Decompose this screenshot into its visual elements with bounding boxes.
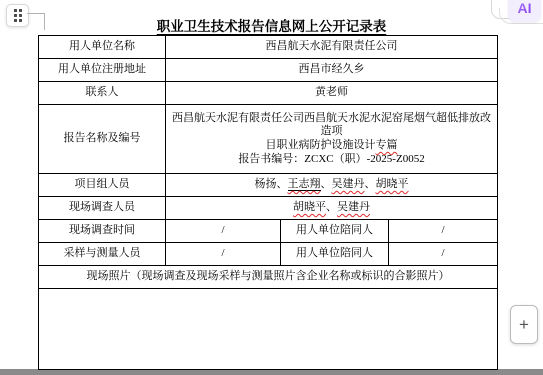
text-segment: 、 xyxy=(321,178,332,190)
table-row: 现场照片（现场调查及现场采样与测量照片含企业名称或标识的合影照片） xyxy=(39,266,498,289)
field-value-employer-name[interactable]: 西昌航天水泥有限责任公司 xyxy=(166,36,498,59)
field-value-registered-address[interactable]: 西昌市经久乡 xyxy=(166,59,498,82)
text-segment: 胡晓平 xyxy=(376,178,409,190)
table-row: 采样与测量人员 / 用人单位陪同人 / xyxy=(39,243,498,266)
site-photos-empty-cell[interactable] xyxy=(39,289,498,370)
ai-button-label: AI xyxy=(518,0,532,16)
table-row: 现场调查人员 胡晓平、吴建丹 xyxy=(39,197,498,220)
field-label-site-survey-staff[interactable]: 现场调查人员 xyxy=(39,197,166,220)
text-segment: 吴建丹 xyxy=(337,201,370,213)
field-value-survey-time[interactable]: / xyxy=(166,220,281,243)
field-value-sampling-staff[interactable]: / xyxy=(166,243,281,266)
field-value-accompanying-person-2[interactable]: / xyxy=(389,243,498,266)
text-segment: 目职业病防护设施设计 xyxy=(266,139,376,151)
table-row: 联系人 黄老师 xyxy=(39,82,498,105)
field-value-accompanying-person-1[interactable]: / xyxy=(389,220,498,243)
table-row: 报告名称及编号 西昌航天水泥有限责任公司西昌航天水泥水泥窑尾烟气超低排放改造项 … xyxy=(39,105,498,174)
text-segment: 王志翔 xyxy=(288,178,321,191)
field-label-registered-address[interactable]: 用人单位注册地址 xyxy=(39,59,166,82)
table-row: 现场调查时间 / 用人单位陪同人 / xyxy=(39,220,498,243)
table-row: 用人单位注册地址 西昌市经久乡 xyxy=(39,59,498,82)
document-title[interactable]: 职业卫生技术报告信息网上公开记录表 xyxy=(0,15,543,35)
field-label-accompanying-person-2[interactable]: 用人单位陪同人 xyxy=(281,243,389,266)
field-label-survey-time[interactable]: 现场调查时间 xyxy=(39,220,166,243)
text-segment: 吴建丹 xyxy=(332,178,365,190)
report-name-line1: 西昌航天水泥有限责任公司西昌航天水泥水泥窑尾烟气超低排放改造项 xyxy=(168,112,495,140)
field-value-project-team[interactable]: 杨扬、王志翔、吴建丹、胡晓平 xyxy=(166,174,498,197)
field-label-project-team[interactable]: 项目组人员 xyxy=(39,174,166,197)
text-segment: 、 xyxy=(326,201,337,213)
table-row: 用人单位名称 西昌航天水泥有限责任公司 xyxy=(39,36,498,59)
field-label-accompanying-person-1[interactable]: 用人单位陪同人 xyxy=(281,220,389,243)
field-label-employer-name[interactable]: 用人单位名称 xyxy=(39,36,166,59)
add-content-button[interactable]: + xyxy=(510,305,538,344)
field-value-site-survey-staff[interactable]: 胡晓平、吴建丹 xyxy=(166,197,498,220)
plus-icon: + xyxy=(519,315,529,335)
text-segment: 胡晓平 xyxy=(293,201,326,213)
field-value-report-name-number[interactable]: 西昌航天水泥有限责任公司西昌航天水泥水泥窑尾烟气超低排放改造项 目职业病防护设施… xyxy=(166,105,498,174)
table-row xyxy=(39,289,498,370)
field-value-contact-person[interactable]: 黄老师 xyxy=(166,82,498,105)
report-number-line: 报告书编号：ZCXC（职）-2025-Z0052 xyxy=(168,153,495,167)
text-segment: 、 xyxy=(365,178,376,190)
site-photos-header[interactable]: 现场照片（现场调查及现场采样与测量照片含企业名称或标识的合影照片） xyxy=(39,266,498,289)
field-label-report-name-number[interactable]: 报告名称及编号 xyxy=(39,105,166,174)
record-form-table: 用人单位名称 西昌航天水泥有限责任公司 用人单位注册地址 西昌市经久乡 联系人 … xyxy=(38,35,498,370)
text-segment: 杨扬、 xyxy=(255,178,288,190)
field-label-contact-person[interactable]: 联系人 xyxy=(39,82,166,105)
field-label-sampling-staff[interactable]: 采样与测量人员 xyxy=(39,243,166,266)
text-segment: 专篇 xyxy=(376,139,398,151)
report-name-line2: 目职业病防护设施设计专篇 xyxy=(168,139,495,153)
table-row: 项目组人员 杨扬、王志翔、吴建丹、胡晓平 xyxy=(39,174,498,197)
